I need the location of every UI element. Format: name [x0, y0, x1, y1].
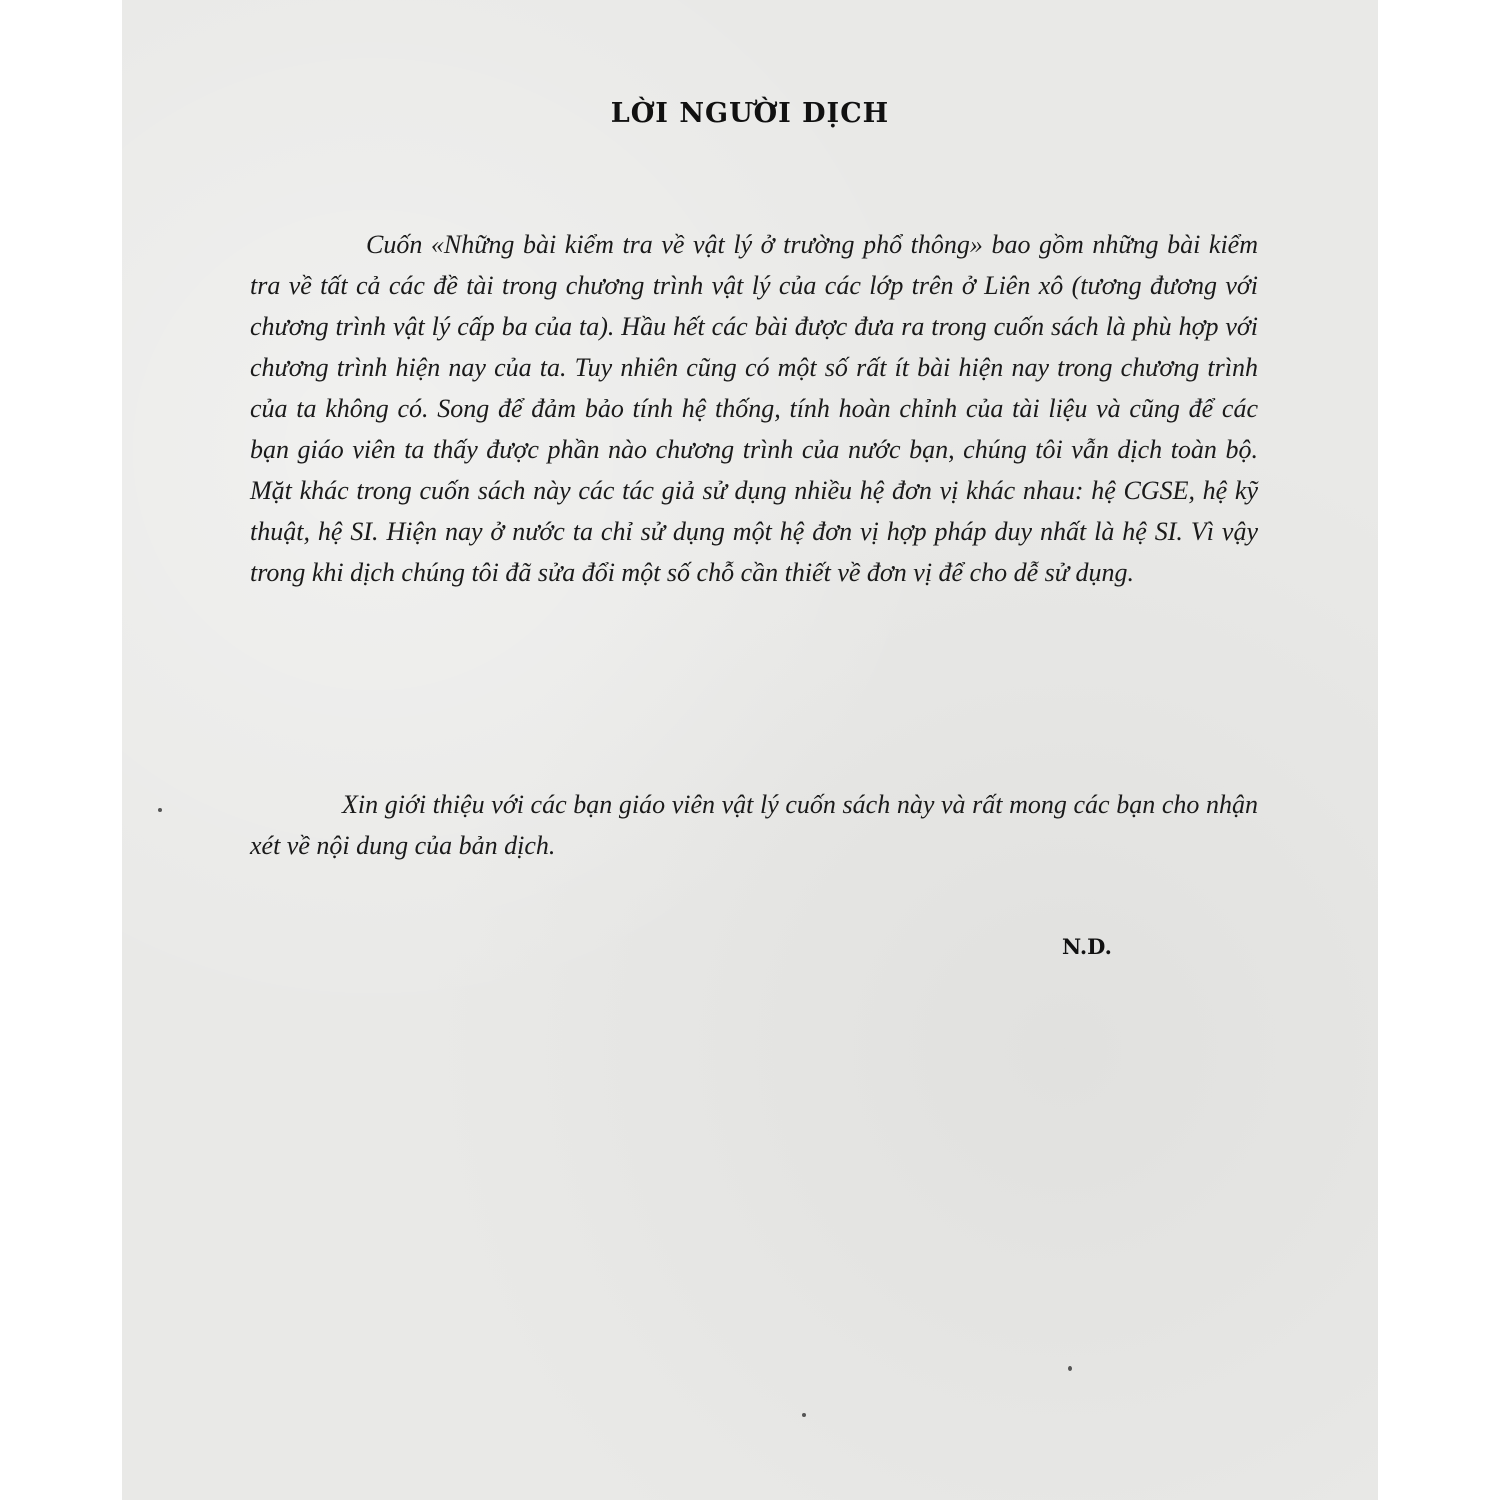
paper-speck [1068, 1366, 1072, 1371]
paragraph-closing: Xin giới thiệu với các bạn giáo viên vật… [250, 784, 1258, 866]
translator-signature: N.D. [1062, 934, 1112, 959]
page-title: LỜI NGƯỜI DỊCH [122, 98, 1378, 129]
paper-speck [802, 1413, 806, 1417]
paragraph-intro: Cuốn «Những bài kiểm tra về vật lý ở trư… [250, 224, 1258, 593]
scanned-page: LỜI NGƯỜI DỊCH Cuốn «Những bài kiểm tra … [122, 0, 1378, 1500]
paper-speck [158, 808, 162, 812]
